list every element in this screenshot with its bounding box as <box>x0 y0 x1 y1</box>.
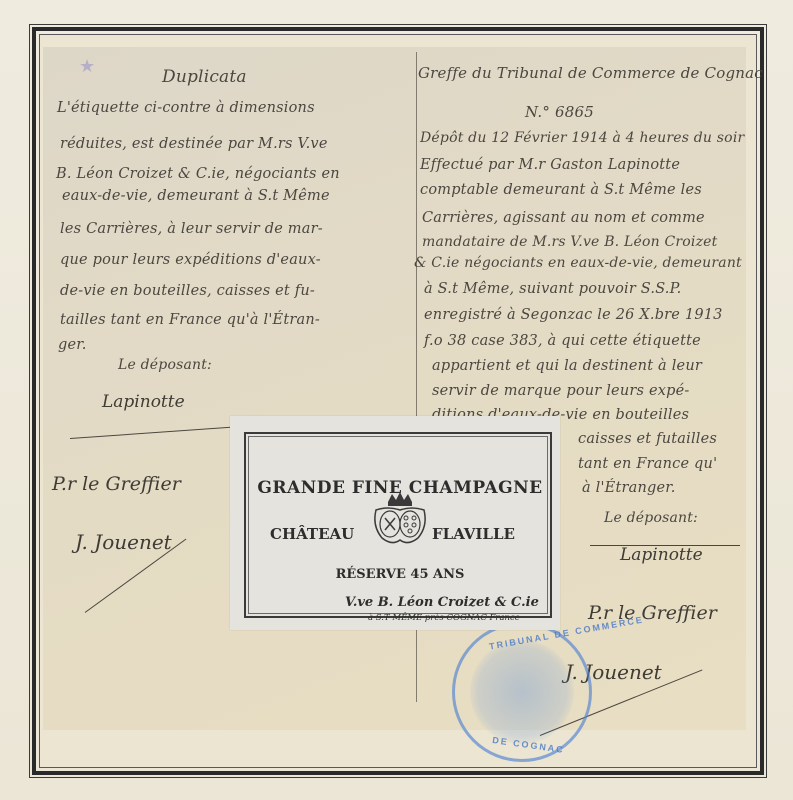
right-line: comptable demeurant à S.t Même les <box>420 182 702 198</box>
right-line: enregistré à Segonzac le 26 X.bre 1913 <box>424 307 723 323</box>
left-line: ger. <box>58 337 87 353</box>
left-depositor-caption: Le déposant: <box>118 357 212 373</box>
right-depositor-signature: Lapinotte <box>620 545 703 565</box>
label-address: à S.T MÊME près COGNAC France <box>368 613 520 623</box>
signature-underline <box>590 545 740 546</box>
right-heading: Greffe du Tribunal de Commerce de Cognac <box>418 64 763 82</box>
right-line: à S.t Même, suivant pouvoir S.S.P. <box>424 281 681 297</box>
right-line: servir de marque pour leurs expé- <box>432 383 689 399</box>
coat-of-arms-icon <box>368 490 432 550</box>
right-line: f.o 38 case 383, à qui cette étiquette <box>424 333 701 349</box>
registry-number: N.° 6865 <box>525 103 594 121</box>
left-depositor-signature: Lapinotte <box>102 392 185 412</box>
right-line: Dépôt du 12 Février 1914 à 4 heures du s… <box>420 130 744 146</box>
left-clerk-caption: P.r le Greffier <box>52 473 181 495</box>
right-depositor-caption: Le déposant: <box>604 510 698 526</box>
left-line: les Carrières, à leur servir de mar- <box>60 221 323 237</box>
right-line: caisses et futailles <box>578 431 717 447</box>
left-title: Duplicata <box>162 67 247 87</box>
label-reserve: RÉSERVE 45 ANS <box>250 567 550 582</box>
right-line: & C.ie négociants en eaux-de-vie, demeur… <box>414 255 742 271</box>
left-line: B. Léon Croizet & C.ie, négociants en <box>56 166 340 182</box>
right-line: Effectué par M.r Gaston Lapinotte <box>420 157 680 173</box>
label-chateau: CHÂTEAU <box>270 525 354 543</box>
left-line: réduites, est destinée par M.rs V.ve <box>60 136 328 152</box>
right-line: appartient et qui la destinent à leur <box>432 358 702 374</box>
left-line: de-vie en bouteilles, caisses et fu- <box>60 283 315 299</box>
left-line: que pour leurs expéditions d'eaux- <box>60 252 321 268</box>
right-line: à l'Étranger. <box>582 480 676 496</box>
left-line: eaux-de-vie, demeurant à S.t Même <box>62 188 330 204</box>
right-line: Carrières, agissant au nom et comme <box>422 210 705 226</box>
left-line: L'étiquette ci-contre à dimensions <box>57 100 315 116</box>
left-clerk-signature: J. Jouenet <box>75 530 172 554</box>
star-icon: ★ <box>79 58 95 76</box>
right-line: mandataire de M.rs V.ve B. Léon Croizet <box>422 234 717 250</box>
left-line: tailles tant en France qu'à l'Étran- <box>60 312 320 328</box>
right-line: tant en France qu' <box>578 456 717 472</box>
label-maker: V.ve B. Léon Croizet & C.ie <box>345 595 539 610</box>
label-flaville: FLAVILLE <box>432 525 515 543</box>
